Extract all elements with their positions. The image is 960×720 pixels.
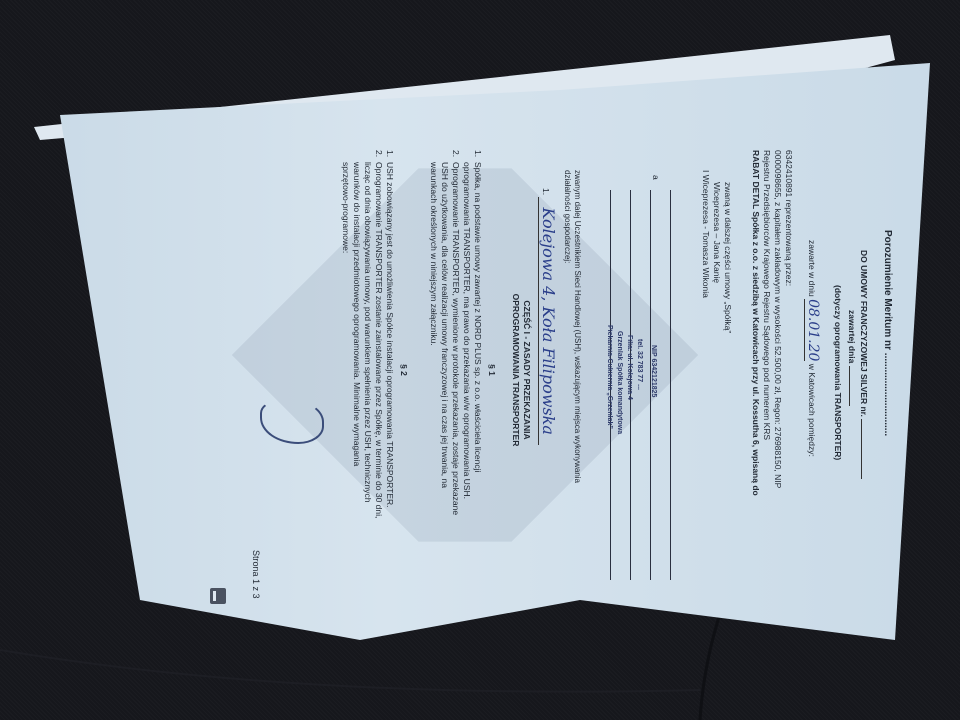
section-title: CZĘŚĆ I - ZASADY PRZEKAZANIA OPROGRAMOWA… (510, 270, 532, 470)
p2-item-2-line-3: warunków do instalacji przedmiotowego op… (351, 162, 362, 466)
doc-title: Porozumienie Meritum nr ................… (882, 230, 893, 436)
document-page: Porozumienie Meritum nr ................… (210, 110, 910, 620)
agreement-line: DO UMOWY FRANCZYZOWEJ SILVER nr. (858, 250, 869, 479)
concluded-prefix: zawarte w dniu (807, 240, 817, 297)
rep-2: Wiceprezesa – Jana Kanię (711, 182, 722, 283)
company-alias: zwaną w dalszej części umowy „Spółką” (722, 182, 733, 333)
ush-intro-line-2: działalności gospodarczej: (562, 170, 573, 263)
handwritten-location: Kolejowa 4, Koła Filipowska (538, 197, 558, 444)
concluded-on-text: zawartej dnia (847, 310, 857, 363)
p2-item-1-line-1: USH zobowiązany jest do umożliwienia Spó… (384, 162, 395, 508)
agreement-text: DO UMOWY FRANCZYZOWEJ SILVER nr. (859, 250, 869, 417)
page-number: Strona 1 z 3 (250, 550, 261, 599)
location-number: 1. (541, 188, 551, 195)
p1-item-2-num: 2. (450, 150, 461, 157)
concluded-suffix: w Katowicach pomiędzy: (807, 364, 817, 457)
p2-item-2-num: 2. (373, 150, 384, 157)
p1-item-1-line-2: oprogramowania TRANSPORTER, ma prawo do … (461, 162, 472, 499)
stamp-line-4: tel. 32 783 77 ... (635, 339, 644, 390)
company-logo-icon (210, 588, 226, 604)
company-stamp: Piekarnia-Cukiernia „Grzenlak” Grzenlak … (605, 325, 675, 485)
p2-item-2-line-4: sprzętowo-programowe: (340, 162, 351, 253)
handwritten-signature (260, 400, 324, 444)
company-line-4: 6342410891 reprezentowaną przez: (783, 150, 794, 286)
and-label: a (650, 175, 661, 180)
company-line-2: Rejestru Przedsiębiorców Krajowego Rejes… (761, 150, 772, 440)
company-line-3: 0000098655, z kapitałem zakładowym w wys… (772, 150, 783, 488)
paragraph-2-label: § 2 (398, 355, 409, 385)
p1-item-1-line-1: Spółka, na podstawie umowy zawartej z NO… (472, 162, 483, 472)
p2-item-2-line-1: Oprogramowanie TRANSPORTER zostanie zain… (373, 162, 384, 518)
p1-item-2-line-1: Oprogramowanie TRANSPORTER, wymienione w… (450, 162, 461, 515)
company-line-1: RABAT DETAL Spółka z o.o. z siedzibą w K… (750, 150, 761, 496)
p2-item-1-num: 1. (384, 150, 395, 157)
stamp-line-1: Piekarnia-Cukiernia „Grzenlak” (605, 325, 614, 429)
p1-item-1-num: 1. (472, 150, 483, 157)
rep-1: I Wiceprezesa - Tomasza Wikonia (700, 170, 711, 298)
concerning-line: (dotyczy oprogramowania TRANSPORTER) (832, 285, 843, 460)
paragraph-1-label: § 1 (486, 355, 497, 385)
ush-intro-line-1: zwanym dalej Uczestnikiem Sieci Handlowe… (572, 170, 583, 483)
concluded-on: zawartej dnia (846, 310, 857, 406)
title-dots: .............................. (882, 353, 893, 436)
location-item: 1. Kolejowa 4, Koła Filipowska (540, 188, 554, 445)
p2-item-2-line-2: licząc od dnia obowiązywania umowy, pod … (362, 162, 373, 502)
title-text: Porozumienie Meritum nr (882, 230, 893, 350)
p1-item-2-line-2: USH do użytkowania, dla celów realizacji… (439, 162, 450, 488)
handwritten-date: 08.01.20 (804, 299, 821, 361)
concluded-line: zawarte w dniu 08.01.20 w Katowicach pom… (806, 240, 818, 457)
section-title-line-2: OPROGRAMOWANIA TRANSPORTER (510, 270, 521, 470)
stamp-line-2: Grzenlak Spółka komandytowa (615, 331, 624, 434)
p1-item-2-line-3: warunkach określonych w niniejszym załąc… (428, 162, 439, 346)
stamp-line-5: NIP 6342121825 (649, 345, 658, 397)
stamp-line-3: Filia: ul. Kolejowa 4 (625, 335, 634, 400)
section-title-line-1: CZĘŚĆ I - ZASADY PRZEKAZANIA (521, 270, 532, 470)
